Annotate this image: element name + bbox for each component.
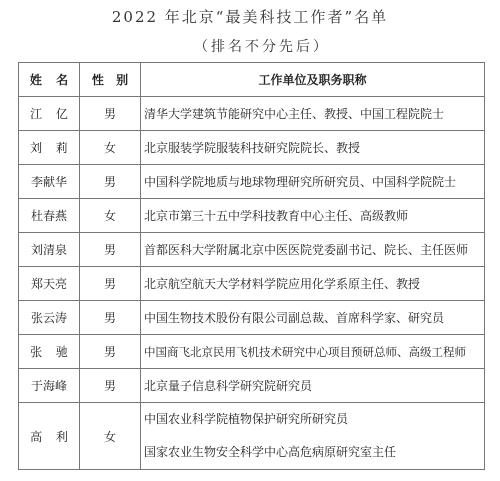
cell-name: 郑天亮: [19, 267, 80, 301]
cell-name: 张云涛: [19, 301, 80, 335]
cell-organization: 中国农业科学院植物保护研究所研究员 国家农业生物安全科学中心高危病原研究室主任: [141, 403, 485, 470]
header-name: 姓 名: [19, 63, 80, 97]
header-gender: 性 别: [80, 63, 141, 97]
table-row: 张 驰 男 中国商飞北京民用飞机技术研究中心项目预研总师、高级工程师: [19, 335, 485, 369]
awardee-table: 姓 名 性 别 工作单位及职务职称 江 亿 男 清华大学建筑节能研究中心主任、教…: [18, 62, 485, 470]
cell-organization: 中国科学院地质与地球物理研究所研究员、中国科学院院士: [141, 165, 485, 199]
table-row: 江 亿 男 清华大学建筑节能研究中心主任、教授、中国工程院院士: [19, 97, 485, 131]
cell-organization: 中国商飞北京民用飞机技术研究中心项目预研总师、高级工程师: [141, 335, 485, 369]
organization-line-1: 中国农业科学院植物保护研究所研究员: [144, 403, 484, 436]
cell-gender: 男: [80, 267, 141, 301]
cell-name: 于海峰: [19, 369, 80, 403]
cell-name: 刘清泉: [19, 233, 80, 267]
cell-organization: 清华大学建筑节能研究中心主任、教授、中国工程院院士: [141, 97, 485, 131]
cell-gender: 男: [80, 369, 141, 403]
table-header-row: 姓 名 性 别 工作单位及职务职称: [19, 63, 485, 97]
table-row: 郑天亮 男 北京航空航天大学材料学院应用化学系原主任、教授: [19, 267, 485, 301]
cell-gender: 女: [80, 403, 141, 470]
cell-gender: 男: [80, 97, 141, 131]
table-row: 于海峰 男 北京量子信息科学研究院研究员: [19, 369, 485, 403]
cell-gender: 女: [80, 199, 141, 233]
cell-organization: 北京市第三十五中学科技教育中心主任、高级教师: [141, 199, 485, 233]
header-organization: 工作单位及职务职称: [141, 63, 485, 97]
cell-gender: 男: [80, 301, 141, 335]
cell-organization: 北京服装学院服装科技研究院院长、教授: [141, 131, 485, 165]
table-row: 李献华 男 中国科学院地质与地球物理研究所研究员、中国科学院院士: [19, 165, 485, 199]
cell-name: 杜春燕: [19, 199, 80, 233]
document-subtitle: （排名不分先后）: [0, 36, 500, 56]
document-title: 2022 年北京“最美科技工作者”名单: [0, 6, 500, 27]
table-row: 张云涛 男 中国生物技术股份有限公司副总裁、首席科学家、研究员: [19, 301, 485, 335]
cell-organization: 北京航空航天大学材料学院应用化学系原主任、教授: [141, 267, 485, 301]
table-row: 高 利 女 中国农业科学院植物保护研究所研究员 国家农业生物安全科学中心高危病原…: [19, 403, 485, 470]
cell-name: 李献华: [19, 165, 80, 199]
cell-organization: 北京量子信息科学研究院研究员: [141, 369, 485, 403]
cell-organization: 首都医科大学附属北京中医医院党委副书记、院长、主任医师: [141, 233, 485, 267]
cell-name: 张 驰: [19, 335, 80, 369]
cell-organization: 中国生物技术股份有限公司副总裁、首席科学家、研究员: [141, 301, 485, 335]
cell-gender: 男: [80, 233, 141, 267]
cell-name: 刘 莉: [19, 131, 80, 165]
cell-name: 江 亿: [19, 97, 80, 131]
cell-gender: 女: [80, 131, 141, 165]
organization-line-2: 国家农业生物安全科学中心高危病原研究室主任: [144, 436, 484, 469]
cell-gender: 男: [80, 165, 141, 199]
table-row: 刘清泉 男 首都医科大学附属北京中医医院党委副书记、院长、主任医师: [19, 233, 485, 267]
cell-gender: 男: [80, 335, 141, 369]
cell-name: 高 利: [19, 403, 80, 470]
table-row: 刘 莉 女 北京服装学院服装科技研究院院长、教授: [19, 131, 485, 165]
table-row: 杜春燕 女 北京市第三十五中学科技教育中心主任、高级教师: [19, 199, 485, 233]
